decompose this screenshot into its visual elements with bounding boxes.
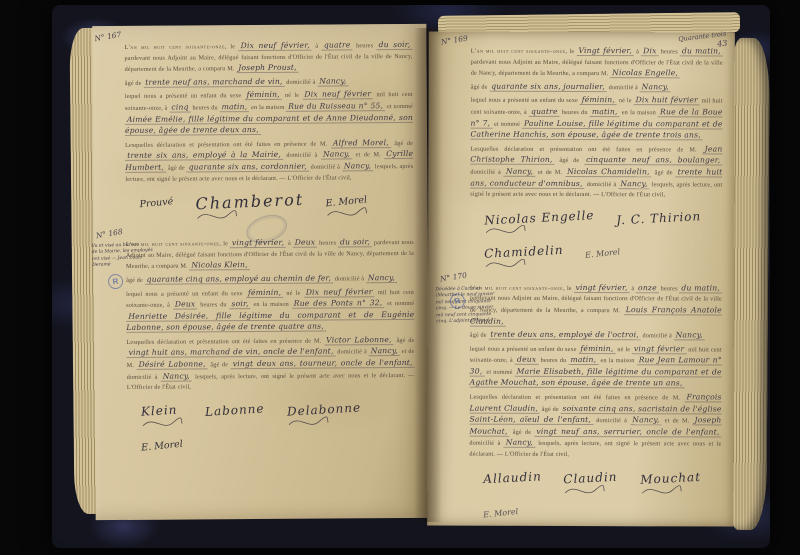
book-gutter-shadow — [414, 28, 442, 522]
signature: Klein — [141, 402, 178, 418]
act-paragraph: Lesquelles déclaration et présentation o… — [469, 392, 721, 461]
page-stack-fore-edge — [730, 38, 769, 530]
signature-block: E. Morel — [326, 191, 368, 219]
signature-block: Chamidelin — [484, 242, 564, 270]
handwritten-entry: vingt février, — [573, 283, 629, 293]
handwritten-entry: Nicolas Klein, — [189, 260, 249, 270]
act-body: L'an mil huit cent soixante-onze, le vin… — [126, 237, 415, 394]
handwritten-entry: Rue du Ruisseau n° 55, — [286, 101, 385, 112]
printed-form-text: en la maison — [620, 109, 659, 116]
act-paragraph: lequel nous a présenté un enfant du sexe… — [125, 89, 413, 137]
archive-r-stamp-icon: R — [107, 273, 124, 290]
printed-form-text: le — [227, 43, 239, 50]
printed-form-text: Lesquelles déclaration et présentation o… — [126, 337, 324, 345]
act-169: N° 169 L'an mil huit cent soixante-onze,… — [470, 46, 723, 274]
handwritten-entry: Dix neuf février — [304, 287, 375, 297]
act-paragraph: L'an mil huit cent soixante-onze, le vin… — [126, 237, 414, 273]
act-signatures: KleinLabonneDelabonneE. Morel — [127, 394, 415, 456]
printed-form-text: né le — [282, 92, 303, 99]
handwritten-entry: féminin, — [578, 344, 615, 354]
signature-block: Chamberot — [195, 192, 304, 223]
handwritten-entry: Nicolas Chamidelin, — [565, 167, 652, 177]
left-page: N° 167 L'an mil huit cent soixante-onze,… — [92, 24, 429, 520]
printed-form-text: L'an mil huit cent soixante-onze, — [471, 48, 568, 55]
handwritten-entry: Dix — [641, 46, 658, 56]
printed-form-text: âgé de — [540, 406, 561, 413]
signature: Nicolas Engelle — [484, 208, 595, 227]
handwritten-entry: quarante six ans, cordonnier, — [187, 162, 309, 173]
printed-form-text: lequel nous a présenté un enfant du sexe — [471, 97, 580, 104]
act-paragraph: L'an mil huit cent soixante-onze, le vin… — [470, 282, 722, 328]
handwritten-entry: matin, — [220, 102, 250, 112]
printed-form-text: domicilié à — [593, 417, 630, 424]
handwritten-entry: Dix huit février — [634, 96, 700, 106]
handwritten-entry: féminin, — [580, 95, 617, 105]
printed-form-text: âgé de — [391, 140, 413, 147]
signature-block: J. C. Thirion — [616, 209, 701, 227]
act-168: N° 168 Vu et visé au bureau de la Mairie… — [126, 237, 416, 456]
printed-form-text: à — [286, 240, 293, 247]
signature-block: E. Morel — [483, 502, 518, 520]
signature-block: Allaudin — [483, 468, 542, 486]
handwritten-entry: Vingt février, — [576, 46, 634, 56]
handwritten-entry: Dix neuf février — [302, 90, 373, 100]
printed-form-text: né le — [616, 346, 632, 353]
printed-form-text: domicilié à — [284, 78, 317, 85]
signature: Mouchat — [640, 469, 701, 486]
printed-form-text: né le — [283, 289, 304, 296]
printed-form-text: le — [221, 240, 230, 247]
signature: Prouvé — [139, 196, 174, 210]
printed-form-text: âgé de — [652, 169, 676, 176]
handwritten-entry: vingt huit ans, marchand de vin, oncle d… — [127, 347, 336, 358]
handwritten-entry: trente six ans, employé à la Mairie, — [125, 150, 283, 161]
handwritten-entry: Victor Labonne, — [324, 335, 394, 345]
handwritten-entry: quatre — [322, 40, 353, 50]
handwritten-entry: Désiré Labonne, — [137, 359, 208, 369]
printed-form-text: heures — [659, 48, 680, 55]
printed-form-text: et nommé — [492, 120, 522, 127]
printed-form-text: L'an mil huit cent soixante-onze, — [124, 43, 226, 51]
printed-form-text: domicilié à — [607, 84, 640, 91]
handwritten-entry: du soir, — [377, 40, 413, 50]
act-signatures: ProuvéChamberotE. Morel — [125, 185, 413, 229]
handwritten-entry: Nancy, — [674, 330, 705, 340]
printed-form-text: âgé de — [509, 429, 534, 436]
printed-form-text: âgé de — [208, 361, 231, 368]
handwritten-entry: Nancy, — [504, 167, 535, 177]
handwritten-entry: Nancy, — [342, 161, 373, 171]
act-170: N° 170 Décédée à Cacimat (Meurthe) le ne… — [469, 282, 722, 523]
signature-flourish-icon — [640, 485, 682, 497]
signature: Chamidelin — [484, 243, 564, 261]
printed-form-text: pardevant nous Adjoint au Maire, délégué… — [471, 58, 723, 77]
printed-form-text: Lesquelles déclaration et présentation o… — [470, 145, 702, 153]
handwritten-entry: Nancy, — [317, 76, 348, 86]
handwritten-entry: matin, — [590, 107, 620, 117]
act-167: N° 167 L'an mil huit cent soixante-onze,… — [124, 40, 413, 229]
act-number: N° 168 — [95, 227, 123, 240]
handwritten-entry: Nancy, — [369, 347, 400, 357]
signature-block: Delabonne — [286, 400, 360, 429]
printed-form-text: et de M. — [352, 151, 384, 158]
printed-form-text: âgé de — [470, 332, 489, 339]
printed-form-text: domicilié à — [283, 152, 321, 159]
printed-form-text: âgé de — [394, 337, 415, 344]
act-signatures: Nicolas EngelleJ. C. ThirionChamidelinE.… — [470, 202, 722, 273]
act-paragraph: Lesquelles déclaration et présentation o… — [126, 335, 414, 394]
printed-form-text: heures du — [197, 301, 229, 308]
signature: Delabonne — [286, 400, 361, 418]
handwritten-entry: deux — [515, 355, 538, 365]
handwritten-entry: Nancy, — [321, 150, 352, 160]
handwritten-entry: vingt février, — [230, 238, 286, 248]
handwritten-entry: féminin, — [246, 287, 283, 297]
printed-form-text: domicilié à — [585, 181, 619, 188]
printed-form-text: et de M. — [535, 169, 565, 176]
handwritten-entry: cinq — [169, 102, 190, 112]
printed-form-text: en la maison — [249, 104, 286, 111]
handwritten-entry: trente deux ans, employé de l'octroi, — [488, 330, 641, 341]
handwritten-entry: Nancy, — [640, 82, 671, 92]
act-paragraph: Lesquelles déclaration et présentation o… — [125, 138, 413, 185]
printed-form-text: en la maison — [251, 301, 292, 308]
act-number: N° 169 — [440, 34, 468, 47]
printed-form-text: Lesquelles déclaration et présentation o… — [470, 394, 685, 402]
handwritten-entry: Nancy, — [618, 179, 649, 189]
printed-form-text: le — [565, 285, 573, 292]
printed-form-text: et nommé — [484, 369, 514, 376]
printed-form-text: heures du — [538, 357, 568, 364]
signature-block: Klein — [141, 401, 183, 429]
act-body: L'an mil huit cent soixante-onze, le vin… — [469, 282, 722, 461]
printed-form-text: domicilié à — [469, 440, 503, 447]
act-paragraph: Lesquelles déclaration et présentation o… — [470, 143, 722, 201]
act-paragraph: L'an mil huit cent soixante-onze, le Dix… — [124, 40, 412, 76]
printed-form-text: heures — [659, 285, 680, 292]
printed-form-text: âgé de — [125, 80, 144, 87]
signature-block: Mouchat — [640, 469, 701, 497]
handwritten-entry: du matin, — [680, 46, 723, 56]
signature: Allaudin — [483, 469, 542, 486]
printed-form-text: à — [312, 43, 322, 50]
signature: J. C. Thirion — [616, 209, 702, 227]
printed-form-text: L'an mil huit cent soixante-onze, — [126, 240, 222, 248]
printed-form-text: lequel nous a présenté un enfant du sexe — [470, 345, 579, 352]
register-photo: N° 167 L'an mil huit cent soixante-onze,… — [0, 0, 800, 555]
handwritten-entry: vingt février — [632, 344, 686, 354]
printed-form-text: lequel nous a présenté un enfant du sexe — [126, 290, 246, 298]
handwritten-entry: vingt deux ans, tourneur, oncle de l'enf… — [231, 358, 415, 369]
handwritten-entry: Deux — [293, 238, 318, 248]
printed-form-text: domicilié à — [127, 373, 161, 380]
handwritten-entry: féminin, — [245, 90, 282, 100]
handwritten-entry: Aimée Emélie, fille légitime du comparan… — [125, 112, 413, 136]
act-body: L'an mil huit cent soixante-onze, le Vin… — [470, 46, 723, 202]
printed-form-text: heures — [317, 240, 338, 247]
handwritten-entry: Nicolas Engelle, — [610, 68, 680, 78]
signature-block: Labonne — [205, 401, 265, 419]
signature: E. Morel — [326, 195, 368, 210]
handwritten-entry: Henriette Désirée, fille légitime du com… — [126, 310, 414, 334]
signature: E. Morel — [585, 247, 621, 259]
signature-block: Prouvé — [139, 193, 173, 211]
handwritten-entry: Rue des Ponts n° 32, — [292, 298, 385, 309]
handwritten-entry: onze — [636, 283, 659, 293]
handwritten-entry: du soir, — [338, 237, 372, 247]
handwritten-entry: Alfred Morel, — [331, 138, 391, 148]
printed-form-text: et nommé — [385, 103, 413, 110]
act-signatures: AllaudinClaudinMouchatE. Morel — [469, 462, 721, 523]
printed-form-text: lequel nous a présenté un enfant du sexe — [125, 92, 245, 100]
act-paragraph: lequel nous a présenté un enfant du sexe… — [126, 286, 414, 334]
printed-form-text: en la maison — [598, 357, 637, 364]
printed-form-text: né le — [617, 97, 634, 104]
signature-flourish-icon — [564, 485, 606, 497]
signature: Chamberot — [195, 190, 304, 214]
printed-form-text: et nommé — [384, 300, 414, 307]
handwritten-entry: quatre — [529, 107, 560, 117]
handwritten-entry: trente neuf ans, marchand de vin, — [143, 77, 284, 88]
handwritten-entry: cinquante neuf ans, boulanger, — [584, 155, 722, 165]
handwritten-entry: quarante six ans, journalier, — [489, 81, 607, 91]
act-paragraph: âgé de quarante six ans, journalier, dom… — [471, 81, 723, 93]
handwritten-entry: Deux — [173, 300, 198, 310]
handwritten-entry: quarante cinq ans, employé au chemin de … — [145, 273, 334, 284]
handwritten-entry: Nancy, — [161, 371, 192, 381]
signature-block: Claudin — [564, 469, 618, 497]
signature-flourish-icon — [326, 207, 368, 219]
handwritten-entry: vingt neuf ans, serrurier, oncle de l'en… — [534, 427, 721, 438]
signature-block: E. Morel — [586, 243, 621, 261]
signature: Claudin — [563, 469, 618, 486]
printed-form-text: Lesquelles déclaration et présentation o… — [125, 140, 331, 148]
printed-form-text: âgé de — [471, 83, 490, 90]
act-paragraph: âgé de trente neuf ans, marchand de vin,… — [125, 76, 413, 90]
printed-form-text: domicilié à — [641, 332, 674, 339]
printed-form-text: âgé de — [166, 164, 187, 171]
signature-flourish-icon — [141, 417, 183, 429]
signature: Labonne — [205, 401, 265, 419]
printed-form-text: le — [567, 48, 576, 55]
handwritten-entry: soir, — [230, 299, 251, 309]
signature-block: E. Morel — [141, 435, 183, 453]
printed-form-text: âgé de — [126, 277, 145, 284]
printed-form-text: heures du — [560, 109, 590, 116]
printed-form-text: domicilié à — [336, 349, 369, 356]
printed-form-text: heures — [352, 42, 376, 49]
handwritten-entry: Nancy, — [504, 438, 535, 448]
act-number: N° 170 — [439, 270, 467, 283]
printed-form-text: et de M. — [661, 418, 692, 425]
act-number: N° 167 — [94, 30, 122, 43]
handwritten-entry: matin, — [569, 355, 599, 365]
act-paragraph: âgé de quarante cinq ans, employé au che… — [126, 273, 414, 287]
printed-form-text: âgé de — [555, 157, 585, 164]
right-page: Quarante trois 43 N° 169 L'an mil huit c… — [427, 31, 735, 526]
act-paragraph: lequel nous a présenté un enfant du sexe… — [470, 343, 722, 390]
handwritten-entry: du matin, — [679, 283, 722, 293]
handwritten-entry: Dix neuf février, — [239, 41, 312, 52]
printed-form-text: domicilié à — [309, 163, 342, 170]
handwritten-entry: Nancy, — [630, 415, 661, 425]
printed-form-text: L'an mil huit cent soixante-onze, — [470, 284, 565, 291]
printed-form-text: domicilié à — [333, 275, 366, 282]
act-paragraph: L'an mil huit cent soixante-onze, le Vin… — [471, 46, 723, 81]
printed-form-text: heures du — [191, 104, 220, 111]
act-body: L'an mil huit cent soixante-onze, le Dix… — [124, 40, 413, 185]
act-paragraph: lequel nous a présenté un enfant du sexe… — [470, 95, 722, 142]
handwritten-entry: Joseph Proust, — [236, 63, 299, 73]
signature: E. Morel — [483, 507, 519, 519]
handwritten-entry: Nancy, — [366, 273, 397, 283]
signature-block: Nicolas Engelle — [484, 208, 594, 236]
act-paragraph: âgé de trente deux ans, employé de l'oct… — [470, 330, 722, 342]
printed-form-text: domicilié à — [470, 169, 504, 176]
signature: E. Morel — [141, 439, 183, 454]
